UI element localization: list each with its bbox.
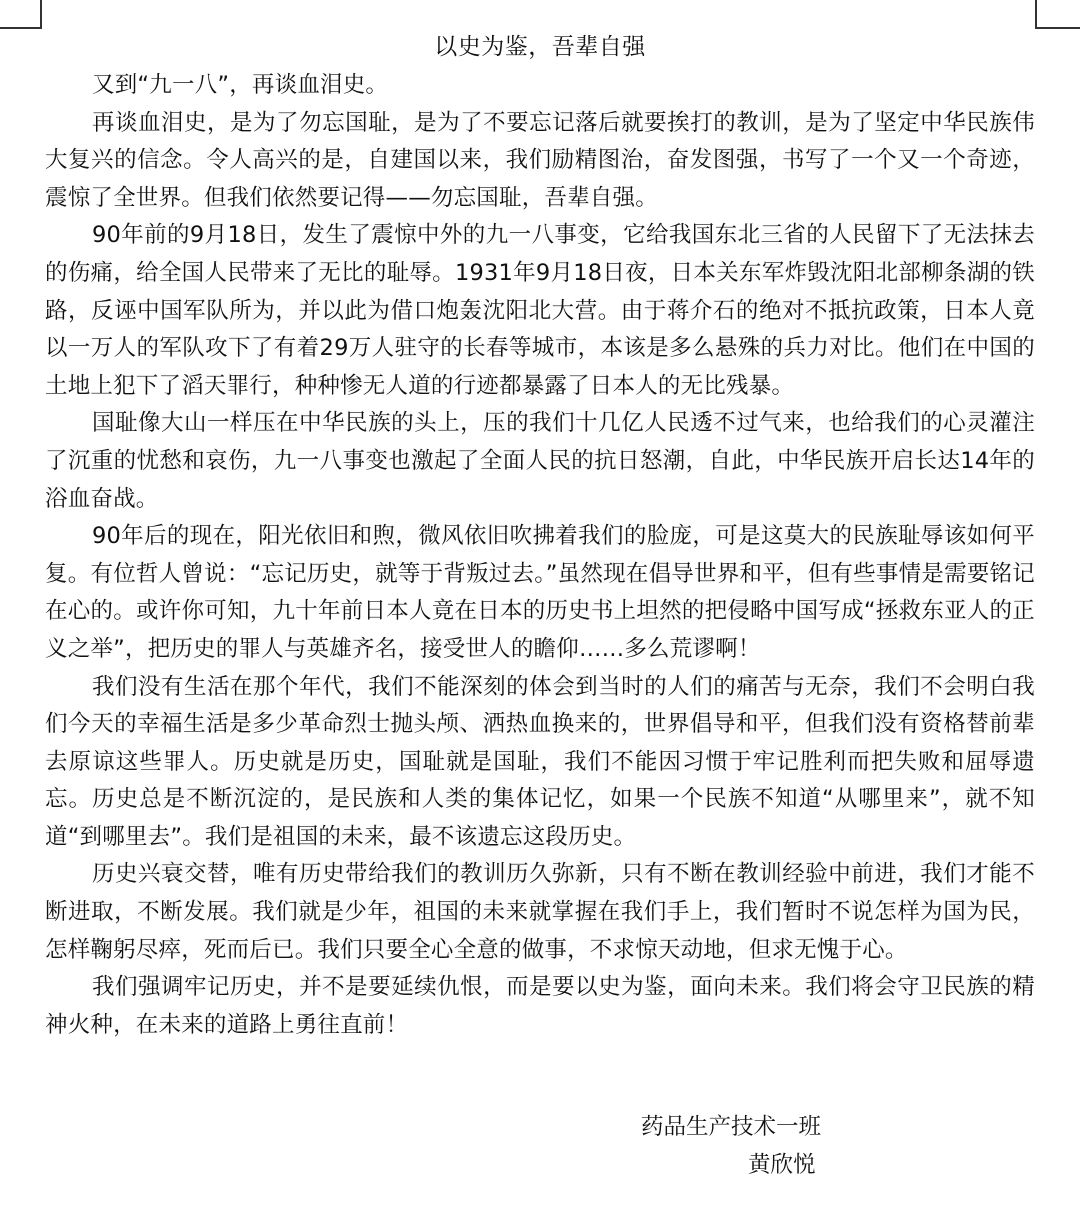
paragraph: 国耻像大山一样压在中华民族的头上，压的我们十几亿人民透不过气来，也给我们的心灵灌… bbox=[45, 405, 1035, 518]
paragraph: 90年前的9月18日，发生了震惊中外的九一八事变，它给我国东北三省的人民留下了无… bbox=[45, 217, 1035, 405]
paragraph: 再谈血泪史，是为了勿忘国耻，是为了不要忘记落后就要挨打的教训，是为了坚定中华民族… bbox=[45, 105, 1035, 218]
paragraph-conclusion: 我们强调牢记历史，并不是要延续仇恨，而是要以史为鉴，面向未来。我们将会守卫民族的… bbox=[45, 969, 1035, 1044]
paragraph: 90年后的现在，阳光依旧和煦，微风依旧吹拂着我们的脸庞，可是这莫大的民族耻辱该如… bbox=[45, 518, 1035, 668]
page-corner-mark-top-right bbox=[1035, 0, 1080, 29]
document-body: 又到“九一八”，再谈血泪史。 再谈血泪史，是为了勿忘国耻，是为了不要忘记落后就要… bbox=[45, 67, 1035, 1044]
paragraph-intro: 又到“九一八”，再谈血泪史。 bbox=[45, 67, 1035, 105]
page-corner-mark-top-left bbox=[0, 0, 42, 29]
signature-author: 黄欣悦 bbox=[748, 1148, 816, 1182]
paragraph: 历史兴衰交替，唯有历史带给我们的教训历久弥新，只有不断在教训经验中前进，我们才能… bbox=[45, 856, 1035, 969]
paragraph: 我们没有生活在那个年代，我们不能深刻的体会到当时的人们的痛苦与无奈，我们不会明白… bbox=[45, 669, 1035, 857]
signature-class-name: 药品生产技术一班 bbox=[641, 1110, 821, 1144]
document-title: 以史为鉴，吾辈自强 bbox=[0, 30, 1080, 64]
